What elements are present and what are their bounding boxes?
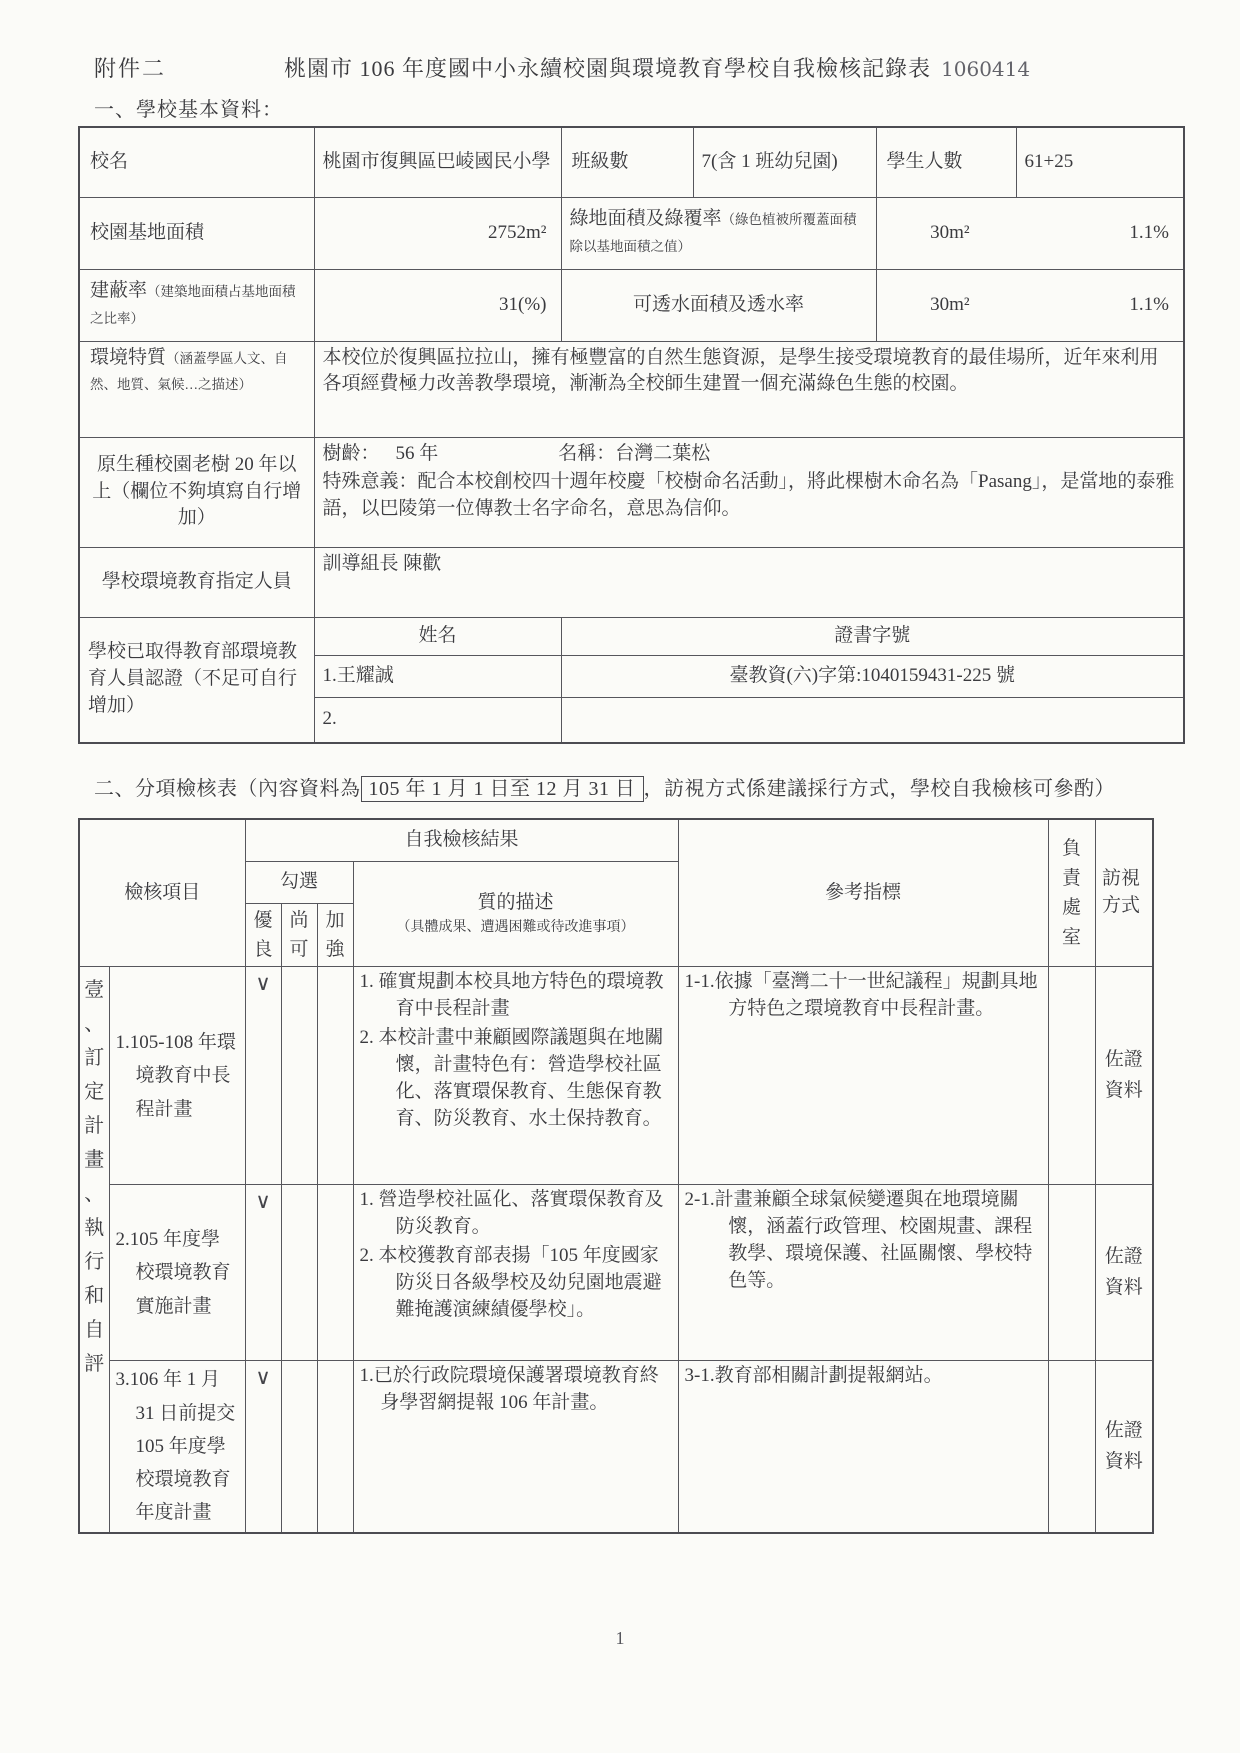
green-area-value: 30m² <box>885 220 1016 247</box>
quality-cell-3: 1.已於行政院環境保護署環境教育終身學習網提報 106 年計畫。 <box>353 1361 678 1533</box>
quality-header-text: 質的描述 <box>478 892 554 913</box>
section-label-text: 壹、訂定計畫、執行和自評 <box>83 973 105 1381</box>
visit-cell-2: 佐證資料 <box>1095 1185 1153 1361</box>
table-row: 學校環境教育指定人員 訓導組長 陳歡 <box>79 547 1184 617</box>
check-fair-cell-2 <box>281 1185 317 1361</box>
school-info-table: 校名 桃園市復興區巴崚國民小學 班級數 7(含 1 班幼兒園) 學生人數 61+… <box>78 126 1185 744</box>
tree-age-label: 樹齡： <box>323 441 380 468</box>
reference-item: 3-1.教育部相關計劃提報網站。 <box>685 1363 1042 1390</box>
campus-area-label: 校園基地面積 <box>79 197 314 269</box>
checklist-row-2: 2.105 年度學校環境教育實施計畫 ∨ 1. 營造學校社區化、落實環保教育及防… <box>79 1185 1153 1361</box>
visit-header-text: 訪視方式 <box>1102 866 1146 920</box>
checkmark-excellent-2: ∨ <box>245 1185 281 1361</box>
checklist-table: 檢核項目 自我檢核結果 參考指標 負責處室 訪視方式 勾選 質的描述 （具體成果… <box>78 818 1154 1534</box>
office-cell-2 <box>1048 1185 1095 1361</box>
table-header-row: 檢核項目 自我檢核結果 參考指標 負責處室 訪視方式 <box>79 819 1153 861</box>
class-count-label: 班級數 <box>561 127 693 197</box>
check-option-fair: 尚可 <box>281 903 317 967</box>
reference-cell-2: 2-1.計畫兼顧全球氣候變遷與在地環境關懷，涵蓋行政管理、校園規畫、課程教學、環… <box>678 1185 1048 1361</box>
check-header: 勾選 <box>245 861 353 903</box>
quality-cell-2: 1. 營造學校社區化、落實環保教育及防災教育。 2. 本校獲教育部表揚「105 … <box>353 1185 678 1361</box>
environment-label: 環境特質（涵蓋學區人文、自然、地質、氣候…之描述） <box>79 341 314 437</box>
table-row: 環境特質（涵蓋學區人文、自然、地質、氣候…之描述） 本校位於復興區拉拉山，擁有極… <box>79 341 1184 437</box>
permeable-label: 可透水面積及透水率 <box>561 269 876 341</box>
quality-header-note: （具體成果、遭遇困難或待改進事項） <box>360 918 672 938</box>
designee-label: 學校環境教育指定人員 <box>79 547 314 617</box>
check-item-3: 3.106 年 1 月 31 日前提交 105 年度學校環境教育年度計畫 <box>109 1361 245 1533</box>
checklist-row-3: 3.106 年 1 月 31 日前提交 105 年度學校環境教育年度計畫 ∨ 1… <box>79 1361 1153 1533</box>
tree-age-line: 樹齡： 56 年 名稱： 台灣二葉松 <box>323 441 1176 468</box>
checklist-row-1: 壹、訂定計畫、執行和自評 1.105-108 年環境教育中長程計畫 ∨ 1. 確… <box>79 967 1153 1185</box>
check-option-excellent: 優良 <box>245 903 281 967</box>
check-option-improve: 加強 <box>317 903 353 967</box>
table-row: 原生種校園老樹 20 年以上（欄位不夠填寫自行增加） 樹齡： 56 年 名稱： … <box>79 437 1184 547</box>
check-item-2: 2.105 年度學校環境教育實施計畫 <box>109 1185 245 1361</box>
visit-header: 訪視方式 <box>1095 819 1153 967</box>
checkmark-excellent-1: ∨ <box>245 967 281 1185</box>
environment-label-text: 環境特質 <box>90 347 166 368</box>
section1-heading: 一、學校基本資料： <box>94 93 1184 122</box>
quality-item: 2. 本校獲教育部表揚「105 年度國家防災日各級學校及幼兒園地震避難掩護演練績… <box>360 1243 672 1324</box>
certification-label: 學校已取得教育部環境教育人員認證（不足可自行增加） <box>79 617 314 743</box>
quality-cell-1: 1. 確實規劃本校具地方特色的環境教育中長程計畫 2. 本校計畫中兼顧國際議題與… <box>353 967 678 1185</box>
table-row: 學校已取得教育部環境教育人員認證（不足可自行增加） 姓名 證書字號 <box>79 617 1184 655</box>
reference-item: 2-1.計畫兼顧全球氣候變遷與在地環境關懷，涵蓋行政管理、校園規畫、課程教學、環… <box>685 1187 1042 1295</box>
section2-heading: 二、分項檢核表（內容資料為105 年 1 月 1 日至 12 月 31 日，訪視… <box>94 770 1182 808</box>
reference-item: 1-1.依據「臺灣二十一世紀議程」規劃具地方特色之環境教育中長程計畫。 <box>685 969 1042 1023</box>
section2-heading-suffix: ，訪視方式係建議採行方式，學校自我檢核可參酌） <box>644 778 1116 800</box>
check-improve-cell-2 <box>317 1185 353 1361</box>
cert-row-number <box>561 697 1184 743</box>
old-tree-content: 樹齡： 56 年 名稱： 台灣二葉松 特殊意義：配合本校創校四十週年校慶「校樹命… <box>314 437 1184 547</box>
check-improve-cell-1 <box>317 967 353 1185</box>
old-tree-label: 原生種校園老樹 20 年以上（欄位不夠填寫自行增加） <box>79 437 314 547</box>
coverage-label: 建蔽率（建築地面積占基地面積之比率） <box>79 269 314 341</box>
cert-row-name: 1.王耀誠 <box>314 655 561 697</box>
cert-number-header: 證書字號 <box>561 617 1184 655</box>
check-fair-cell-3 <box>281 1361 317 1533</box>
permeable-values: 30m² 1.1% <box>876 269 1184 341</box>
quality-item: 2. 本校計畫中兼顧國際議題與在地關懷，計畫特色有：營造學校社區化、落實環保教育… <box>360 1025 672 1133</box>
table-row: 校園基地面積 2752m² 綠地面積及綠覆率（綠色植被所覆蓋面積除以基地面積之值… <box>79 197 1184 269</box>
tree-age-value: 56 年 <box>396 441 439 468</box>
scanned-form-page: 附件二 桃園市 106 年度國中小永續校園與環境教育學校自我檢核記錄表 1060… <box>0 0 1240 1753</box>
green-area-values: 30m² 1.1% <box>876 197 1184 269</box>
school-name-label: 校名 <box>79 127 314 197</box>
check-improve-cell-3 <box>317 1361 353 1533</box>
tree-name-label: 名稱： <box>558 441 615 468</box>
page-content: 附件二 桃園市 106 年度國中小永續校園與環境教育學校自我檢核記錄表 1060… <box>78 52 1184 1534</box>
office-header: 負責處室 <box>1048 819 1095 967</box>
campus-area-value: 2752m² <box>314 197 561 269</box>
quality-header: 質的描述 （具體成果、遭遇困難或待改進事項） <box>353 861 678 967</box>
tree-name-value: 台灣二葉松 <box>615 441 710 468</box>
permeable-area-value: 30m² <box>885 292 1016 319</box>
green-area-label: 綠地面積及綠覆率（綠色植被所覆蓋面積除以基地面積之值） <box>561 197 876 269</box>
office-header-text: 負責處室 <box>1061 834 1083 952</box>
cert-row-name: 2. <box>314 697 561 743</box>
green-area-label-text: 綠地面積及綠覆率 <box>570 208 722 229</box>
item-header: 檢核項目 <box>79 819 245 967</box>
quality-item: 1.已於行政院環境保護署環境教育終身學習網提報 106 年計畫。 <box>360 1363 672 1417</box>
tree-meaning-text: 特殊意義：配合本校創校四十週年校慶「校樹命名活動」，將此棵樹木命名為「Pasan… <box>323 469 1176 523</box>
quality-item: 1. 確實規劃本校具地方特色的環境教育中長程計畫 <box>360 969 672 1023</box>
quality-item: 1. 營造學校社區化、落實環保教育及防災教育。 <box>360 1187 672 1241</box>
check-fair-cell-1 <box>281 967 317 1185</box>
attachment-label: 附件二 <box>94 52 166 83</box>
document-header: 附件二 桃園市 106 年度國中小永續校園與環境教育學校自我檢核記錄表 1060… <box>94 52 1184 83</box>
school-name-value: 桃園市復興區巴崚國民小學 <box>314 127 561 197</box>
coverage-label-text: 建蔽率 <box>90 280 147 301</box>
checkmark-excellent-3: ∨ <box>245 1361 281 1533</box>
table-row: 校名 桃園市復興區巴崚國民小學 班級數 7(含 1 班幼兒園) 學生人數 61+… <box>79 127 1184 197</box>
cert-row-number: 臺教資(六)字第:1040159431-225 號 <box>561 655 1184 697</box>
result-header: 自我檢核結果 <box>245 819 678 861</box>
table-row: 建蔽率（建築地面積占基地面積之比率） 31(%) 可透水面積及透水率 30m² … <box>79 269 1184 341</box>
permeable-rate-value: 1.1% <box>1015 292 1175 319</box>
reference-cell-1: 1-1.依據「臺灣二十一世紀議程」規劃具地方特色之環境教育中長程計畫。 <box>678 967 1048 1185</box>
section-label-cell: 壹、訂定計畫、執行和自評 <box>79 967 109 1533</box>
environment-text: 本校位於復興區拉拉山，擁有極豐富的自然生態資源，是學生接受環境教育的最佳場所，近… <box>314 341 1184 437</box>
office-cell-3 <box>1048 1361 1095 1533</box>
check-item-1: 1.105-108 年環境教育中長程計畫 <box>109 967 245 1185</box>
coverage-value: 31(%) <box>314 269 561 341</box>
designee-value: 訓導組長 陳歡 <box>314 547 1184 617</box>
cert-name-header: 姓名 <box>314 617 561 655</box>
reference-cell-3: 3-1.教育部相關計劃提報網站。 <box>678 1361 1048 1533</box>
section2-date-box: 105 年 1 月 1 日至 12 月 31 日 <box>361 776 644 802</box>
class-count-value: 7(含 1 班幼兒園) <box>693 127 876 197</box>
document-title: 桃園市 106 年度國中小永續校園與環境教育學校自我檢核記錄表 <box>284 52 931 83</box>
page-number: 1 <box>0 1628 1240 1649</box>
reference-header: 參考指標 <box>678 819 1048 967</box>
section2-heading-prefix: 二、分項檢核表（內容資料為 <box>94 778 361 800</box>
students-label: 學生人數 <box>876 127 1016 197</box>
students-value: 61+25 <box>1016 127 1184 197</box>
document-number: 1060414 <box>941 57 1030 81</box>
spacer <box>438 441 558 468</box>
green-rate-value: 1.1% <box>1015 220 1175 247</box>
visit-cell-3: 佐證資料 <box>1095 1361 1153 1533</box>
visit-cell-1: 佐證資料 <box>1095 967 1153 1185</box>
office-cell-1 <box>1048 967 1095 1185</box>
